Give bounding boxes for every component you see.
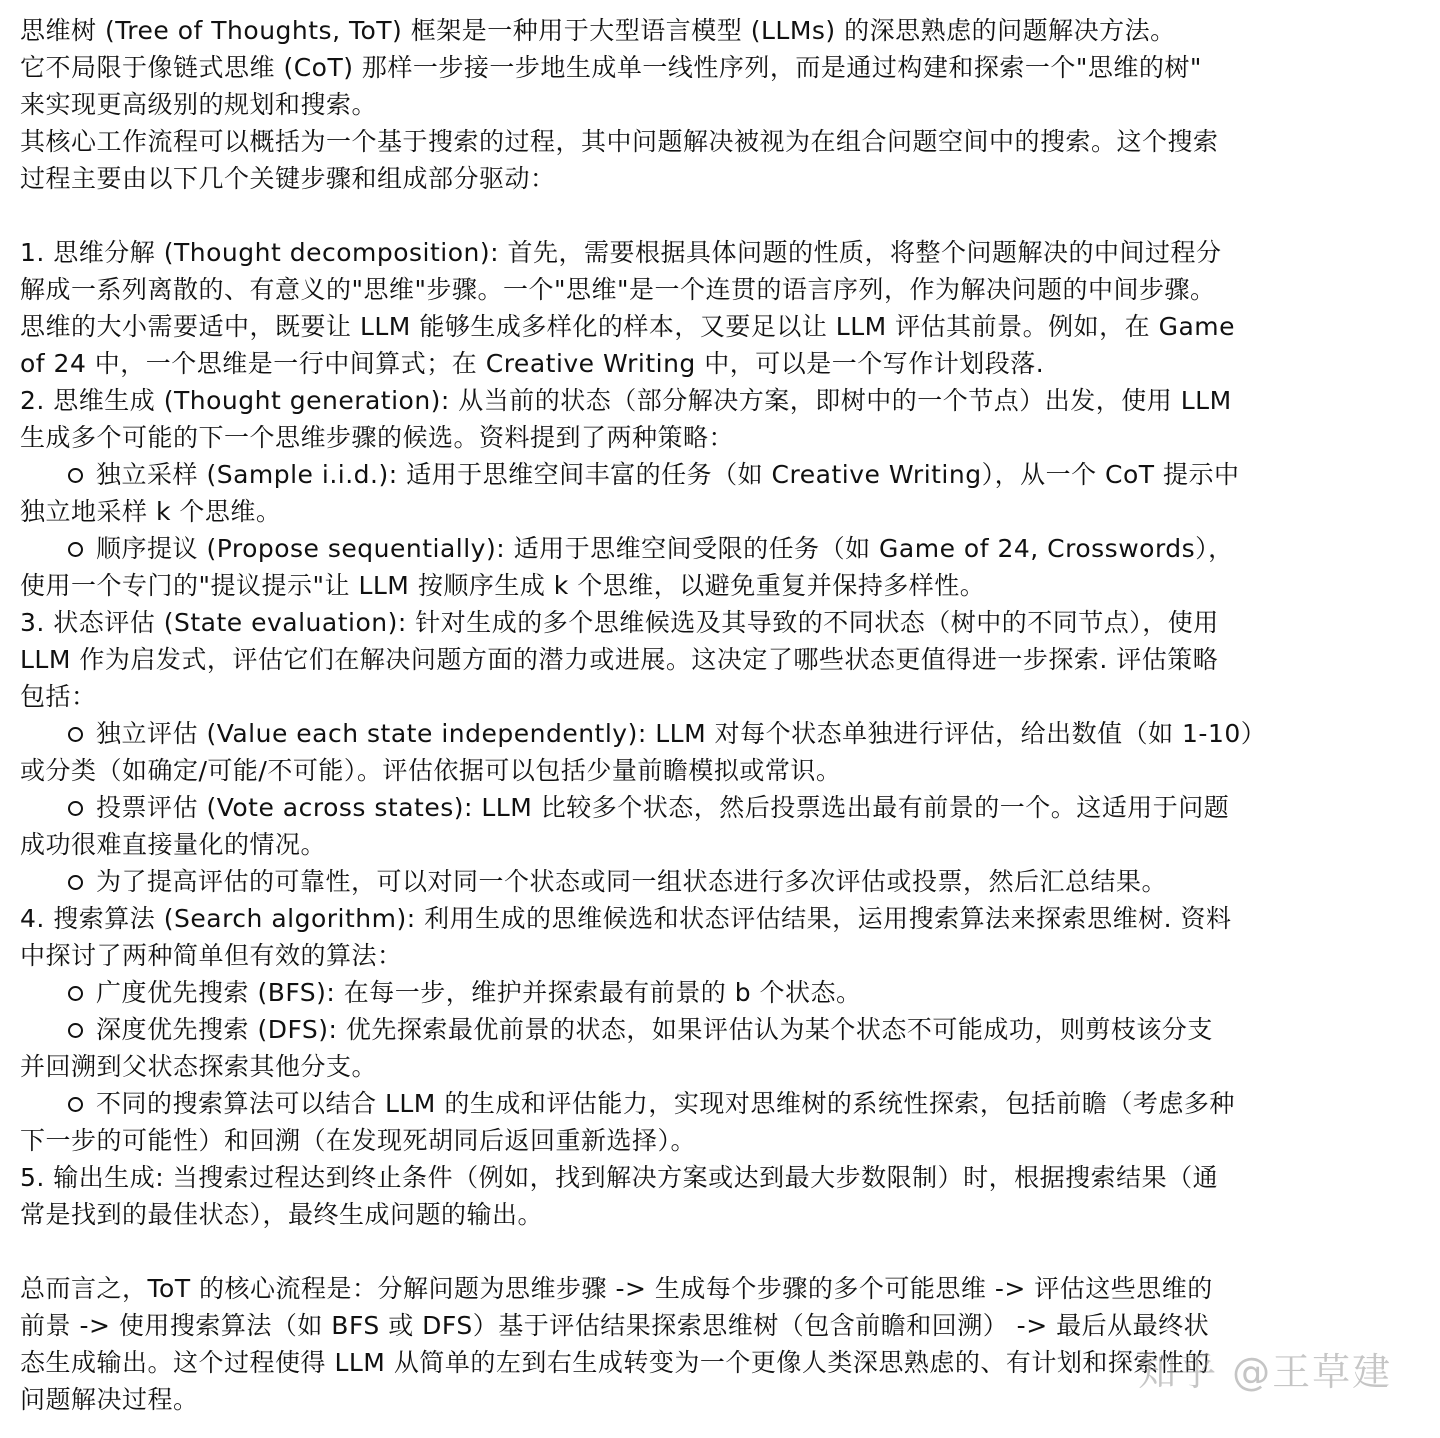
summary-paragraph: 总而言之，ToT 的核心流程是：分解问题为思维步骤 -> 生成每个步骤的多个可能… — [20, 1270, 1425, 1418]
bullet-text: 为了提高评估的可靠性，可以对同一个状态或同一组状态进行多次评估或投票，然后汇总结… — [96, 867, 1167, 896]
text-line: 5. 输出生成: 当搜索过程达到终止条件（例如，找到解决方案或达到最大步数限制）… — [20, 1159, 1425, 1196]
bullet-item-reliability: 为了提高评估的可靠性，可以对同一个状态或同一组状态进行多次评估或投票，然后汇总结… — [20, 863, 1425, 900]
text-line: 思维的大小需要适中，既要让 LLM 能够生成多样化的样本，又要足以让 LLM 评… — [20, 308, 1425, 345]
text-line: 使用一个专门的"提议提示"让 LLM 按顺序生成 k 个思维，以避免重复并保持多… — [20, 567, 1425, 604]
text-line: 中探讨了两种简单但有效的算法： — [20, 937, 1425, 974]
text-line: 问题解决过程。 — [20, 1381, 1425, 1418]
bullet-text: 深度优先搜索 (DFS): 优先探索最优前景的状态，如果评估认为某个状态不可能成… — [96, 1015, 1213, 1044]
bullet-text: 独立采样 (Sample i.i.d.): 适用于思维空间丰富的任务（如 Cre… — [96, 460, 1240, 489]
step-4-search-algorithm: 4. 搜索算法 (Search algorithm): 利用生成的思维候选和状态… — [20, 900, 1425, 1159]
circle-bullet-icon — [66, 984, 84, 1002]
text-line: 包括： — [20, 678, 1425, 715]
text-line: 解成一系列离散的、有意义的"思维"步骤。一个"思维"是一个连贯的语言序列，作为解… — [20, 271, 1425, 308]
document-body: 思维树 (Tree of Thoughts, ToT) 框架是一种用于大型语言模… — [20, 12, 1425, 1418]
intro-paragraph: 思维树 (Tree of Thoughts, ToT) 框架是一种用于大型语言模… — [20, 12, 1425, 197]
text-line: 它不局限于像链式思维 (CoT) 那样一步接一步地生成单一线性序列，而是通过构建… — [20, 49, 1425, 86]
circle-bullet-icon — [66, 1021, 84, 1039]
text-line: 过程主要由以下几个关键步骤和组成部分驱动： — [20, 160, 1425, 197]
text-line: 4. 搜索算法 (Search algorithm): 利用生成的思维候选和状态… — [20, 900, 1425, 937]
step-1-thought-decomposition: 1. 思维分解 (Thought decomposition): 首先，需要根据… — [20, 234, 1425, 382]
bullet-item-dfs: 深度优先搜索 (DFS): 优先探索最优前景的状态，如果评估认为某个状态不可能成… — [20, 1011, 1425, 1085]
text-line: 态生成输出。这个过程使得 LLM 从简单的左到右生成转变为一个更像人类深思熟虑的… — [20, 1344, 1425, 1381]
text-line: 前景 -> 使用搜索算法（如 BFS 或 DFS）基于评估结果探索思维树（包含前… — [20, 1307, 1425, 1344]
text-line: 生成多个可能的下一个思维步骤的候选。资料提到了两种策略： — [20, 419, 1425, 456]
circle-bullet-icon — [66, 466, 84, 484]
circle-bullet-icon — [66, 725, 84, 743]
bullet-item-sample-iid: 独立采样 (Sample i.i.d.): 适用于思维空间丰富的任务（如 Cre… — [20, 456, 1425, 530]
bullet-item-vote-across-states: 投票评估 (Vote across states): LLM 比较多个状态，然后… — [20, 789, 1425, 863]
circle-bullet-icon — [66, 1095, 84, 1113]
text-line: 并回溯到父状态探索其他分支。 — [20, 1048, 1425, 1085]
bullet-item-value-independently: 独立评估 (Value each state independently): L… — [20, 715, 1425, 789]
bullet-item-propose-sequentially: 顺序提议 (Propose sequentially): 适用于思维空间受限的任… — [20, 530, 1425, 604]
text-line: LLM 作为启发式，评估它们在解决问题方面的潜力或进展。这决定了哪些状态更值得进… — [20, 641, 1425, 678]
text-line: 2. 思维生成 (Thought generation): 从当前的状态（部分解… — [20, 382, 1425, 419]
bullet-text: 投票评估 (Vote across states): LLM 比较多个状态，然后… — [96, 793, 1229, 822]
text-line: 独立地采样 k 个思维。 — [20, 493, 1425, 530]
step-5-output-generation: 5. 输出生成: 当搜索过程达到终止条件（例如，找到解决方案或达到最大步数限制）… — [20, 1159, 1425, 1233]
step-2-thought-generation: 2. 思维生成 (Thought generation): 从当前的状态（部分解… — [20, 382, 1425, 604]
text-line: 1. 思维分解 (Thought decomposition): 首先，需要根据… — [20, 234, 1425, 271]
text-line: 来实现更高级别的规划和搜索。 — [20, 86, 1425, 123]
text-line: 其核心工作流程可以概括为一个基于搜索的过程，其中问题解决被视为在组合问题空间中的… — [20, 123, 1425, 160]
text-line: 3. 状态评估 (State evaluation): 针对生成的多个思维候选及… — [20, 604, 1425, 641]
bullet-item-combined-search: 不同的搜索算法可以结合 LLM 的生成和评估能力，实现对思维树的系统性探索，包括… — [20, 1085, 1425, 1159]
text-line: 总而言之，ToT 的核心流程是：分解问题为思维步骤 -> 生成每个步骤的多个可能… — [20, 1270, 1425, 1307]
text-line: of 24 中，一个思维是一行中间算式；在 Creative Writing 中… — [20, 345, 1425, 382]
circle-bullet-icon — [66, 873, 84, 891]
bullet-text: 独立评估 (Value each state independently): L… — [96, 719, 1266, 748]
step-3-state-evaluation: 3. 状态评估 (State evaluation): 针对生成的多个思维候选及… — [20, 604, 1425, 900]
text-line: 成功很难直接量化的情况。 — [20, 826, 1425, 863]
blank-line — [20, 197, 1425, 234]
circle-bullet-icon — [66, 540, 84, 558]
bullet-text: 顺序提议 (Propose sequentially): 适用于思维空间受限的任… — [96, 534, 1234, 563]
bullet-item-bfs: 广度优先搜索 (BFS): 在每一步，维护并探索最有前景的 b 个状态。 — [20, 974, 1425, 1011]
text-line: 下一步的可能性）和回溯（在发现死胡同后返回重新选择）。 — [20, 1122, 1425, 1159]
text-line: 思维树 (Tree of Thoughts, ToT) 框架是一种用于大型语言模… — [20, 12, 1425, 49]
circle-bullet-icon — [66, 799, 84, 817]
bullet-text: 广度优先搜索 (BFS): 在每一步，维护并探索最有前景的 b 个状态。 — [96, 978, 862, 1007]
blank-line — [20, 1233, 1425, 1270]
text-line: 常是找到的最佳状态），最终生成问题的输出。 — [20, 1196, 1425, 1233]
text-line: 或分类（如确定/可能/不可能）。评估依据可以包括少量前瞻模拟或常识。 — [20, 752, 1425, 789]
bullet-text: 不同的搜索算法可以结合 LLM 的生成和评估能力，实现对思维树的系统性探索，包括… — [96, 1089, 1235, 1118]
